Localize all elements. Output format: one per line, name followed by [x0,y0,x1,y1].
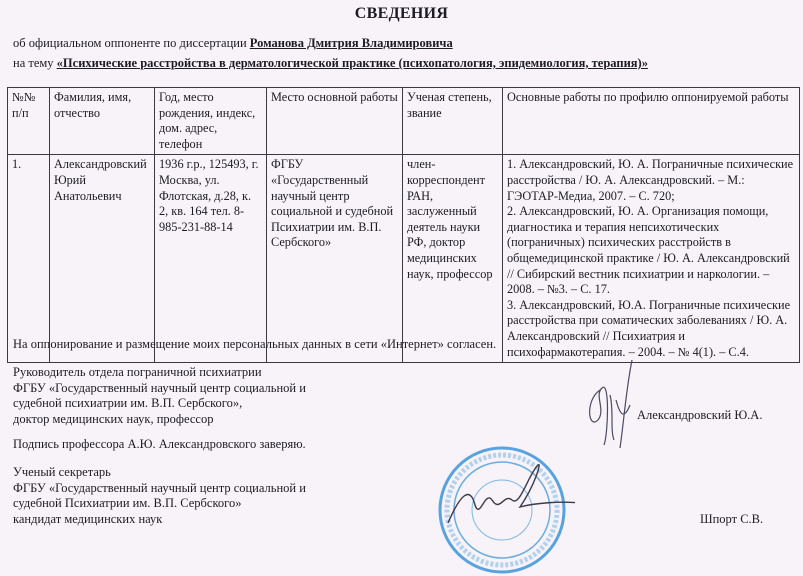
cell-degree: член-корреспондент РАН, заслуженный деят… [403,155,503,363]
secretary-credentials: Ученый секретарь ФГБУ «Государственный н… [13,465,306,528]
table-row: 1. Александровский Юрий Анатольевич 1936… [8,155,800,363]
signature-icon [580,360,640,450]
consent-statement: На оппонирование и размещение моих персо… [13,337,496,353]
head-line: ФГБУ «Государственный научный центр соци… [13,381,306,397]
work-item: 2. Александровский, Ю. А. Организация по… [507,204,795,298]
secretary-line: ФГБУ «Государственный научный центр соци… [13,481,306,497]
cell-works: 1. Александровский, Ю. А. Пограничные пс… [503,155,800,363]
head-signature-name: Александровский Ю.А. [637,408,762,423]
official-stamp-icon [430,445,575,575]
certification-statement: Подпись профессора А.Ю. Александровского… [13,437,306,453]
document-page: СВЕДЕНИЯ об официальном оппоненте по дис… [0,0,803,576]
intro-prefix: об официальном оппоненте по диссертации [13,36,250,50]
cell-workplace: ФГБУ «Государственный научный центр соци… [267,155,403,363]
head-credentials: Руководитель отдела пограничной психиатр… [13,365,306,428]
head-line: Руководитель отдела пограничной психиатр… [13,365,306,381]
document-title: СВЕДЕНИЯ [0,5,803,23]
cell-number: 1. [8,155,50,363]
topic-prefix: на тему [13,56,57,70]
header-works: Основные работы по профилю оппонируемой … [503,88,800,155]
opponent-info-table: №№ п/п Фамилия, имя, отчество Год, место… [7,87,800,363]
cell-birth-address: 1936 г.р., 125493, г. Москва, ул. Флотск… [155,155,267,363]
header-degree: Ученая степень, звание [403,88,503,155]
header-birth-address: Год, место рождения, индекс, дом. адрес,… [155,88,267,155]
header-workplace: Место основной работы [267,88,403,155]
cell-full-name: Александровский Юрий Анатольевич [50,155,155,363]
secretary-line: Ученый секретарь [13,465,306,481]
secretary-signature-name: Шпорт С.В. [700,512,763,527]
topic-line: на тему «Психические расстройства в дерм… [13,56,648,71]
dissertation-topic: «Психические расстройства в дерматологич… [57,56,648,70]
secretary-line: судебной Психиатрии им. В.П. Сербского» [13,496,306,512]
candidate-name: Романова Дмитрия Владимировича [250,36,453,50]
head-line: судебной психиатрии им. В.П. Сербского», [13,396,306,412]
header-number: №№ п/п [8,88,50,155]
secretary-line: кандидат медицинских наук [13,512,306,528]
work-item: 3. Александровский, Ю.А. Пограничные пси… [507,298,795,360]
table-header-row: №№ п/п Фамилия, имя, отчество Год, место… [8,88,800,155]
work-item: 1. Александровский, Ю. А. Пограничные пс… [507,157,795,204]
intro-line: об официальном оппоненте по диссертации … [13,36,453,51]
head-line: доктор медицинских наук, профессор [13,412,306,428]
header-full-name: Фамилия, имя, отчество [50,88,155,155]
